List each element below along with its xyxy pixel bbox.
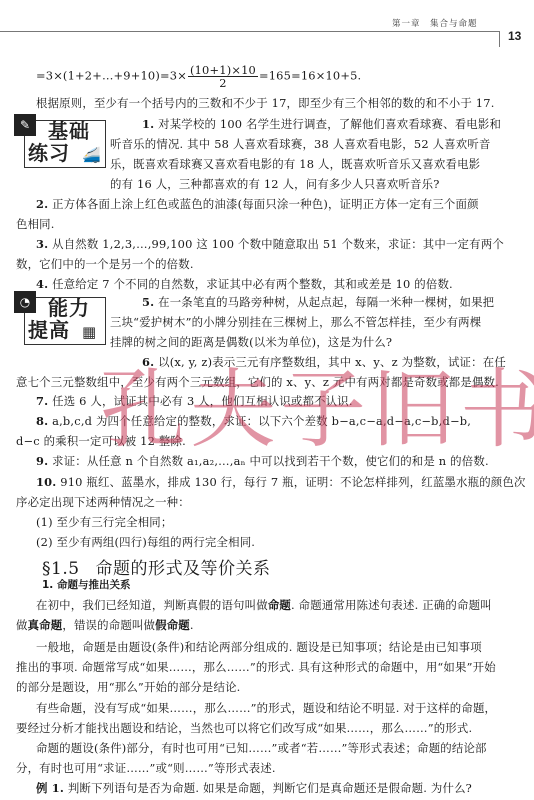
exercise-text: 正方体各面上涂上红色或蓝色的油漆(每面只涂一种色)，证明正方体一定有三个面颜 — [52, 197, 479, 211]
text: 在初中，我们已经知道，判断真假的语句叫做 — [36, 598, 268, 612]
paragraph-2-line-1: 一般地，命题是由题设(条件)和结论两部分组成的. 题设是已知事项；结论是由已知事… — [36, 640, 482, 654]
exercise-3-line-2: 数，它们中的一个是另一个的倍数. — [16, 257, 194, 271]
text: . — [190, 618, 194, 632]
subsection-heading: 1. 命题与推出关系 — [42, 577, 130, 592]
paragraph-2-line-2: 推出的事项. 命题常写成“如果……，那么……”的形式. 具有这种形式的命题中，用… — [16, 660, 496, 674]
exercise-2-line-2: 色相同. — [16, 217, 55, 231]
text: . 命题通常用陈述句表述. 正确的命题叫 — [291, 598, 492, 612]
train-icon: 🚄 — [82, 146, 101, 164]
exercise-5-line-2: 三块“爱护树木”的小牌分别挂在三棵树上，那么不管怎样挂，至少有两棵 — [110, 315, 481, 329]
header-divider — [499, 31, 500, 47]
exercise-text: a,b,c,d 为四个任意给定的整数，求证：以下六个差数 b−a,c−a,d−a… — [52, 414, 471, 428]
exercise-5: 5. 在一条笔直的马路旁种树，从起点起，每隔一米种一棵树，如果把 — [142, 295, 494, 309]
pencil-eraser-icon: ✎ — [14, 114, 36, 136]
term-proposition: 命题 — [268, 598, 291, 612]
paragraph-1-line-1: 在初中，我们已经知道，判断真假的语句叫做命题. 命题通常用陈述句表述. 正确的命… — [36, 598, 492, 612]
exercise-number: 1. — [142, 117, 154, 131]
paragraph-2-line-3: 的部分是题设，用“那么”开始的部分是结论. — [16, 680, 241, 694]
exercise-1-line-2: 听音乐的情况. 其中 58 人喜欢看球赛，38 人喜欢看电影，52 人喜欢听音 — [110, 137, 491, 151]
exercise-2: 2. 正方体各面上涂上红色或蓝色的油漆(每面只涂一种色)，证明正方体一定有三个面… — [36, 197, 479, 211]
formula-part2: =165=16×10+5. — [259, 69, 361, 83]
exercise-number: 4. — [36, 277, 48, 291]
exercise-text: 任意给定 7 个不同的自然数，求证其中必有两个整数，其和或差是 10 的倍数. — [52, 277, 453, 291]
exercise-number: 7. — [36, 394, 48, 408]
term-true-proposition: 真命题 — [28, 618, 63, 632]
exercise-6: 6. 以(x, y, z)表示三元有序整数组，其中 x、y、z 为整数，试证：在… — [142, 355, 506, 369]
case-2: (2) 至少有两组(四行)每组的两行完全相同. — [36, 535, 255, 549]
exercise-text: 求证：从任意 n 个自然数 a₁,a₂,…,aₙ 中可以找到若干个数，使它们的和… — [52, 454, 489, 468]
basic-practice-badge: ✎ 基础 练习 🚄 — [14, 114, 106, 168]
exercise-6-line-2: 意七个三元整数组中，至少有两个三元数组，它们的 x、y、z 元中有两对都是奇数或… — [16, 375, 499, 389]
formula-part1: =3×(1+2+…+9+10)=3× — [36, 69, 187, 83]
example-text: 判断下列语句是否为命题. 如果是命题，判断它们是真命题还是假命题. 为什么? — [68, 781, 472, 795]
exercise-text: 以(x, y, z)表示三元有序整数组，其中 x、y、z 为整数，试证：在任 — [158, 355, 506, 369]
formula-line: =3×(1+2+…+9+10)=3×(10+1)×102=165=16×10+5… — [36, 64, 361, 89]
term-false-proposition: 假命题 — [155, 618, 190, 632]
exercise-1-line-4: 的有 16 人，三种都喜欢的有 12 人，问有多少人只喜欢听音乐? — [110, 177, 440, 191]
exercise-text: 从自然数 1,2,3,…,99,100 这 100 个数中随意取出 51 个数来… — [52, 237, 504, 251]
exercise-10: 10. 910 瓶红、蓝墨水，排成 130 行，每行 7 瓶，证明：不论怎样排列… — [36, 475, 526, 489]
text: ，错误的命题叫做 — [62, 618, 155, 632]
paragraph-3-line-2: 要经过分析才能找出题设和结论，当然也可以将它们改写成“如果……，那么……”的形式… — [16, 721, 472, 735]
case-1: (1) 至少有三行完全相同； — [36, 515, 172, 529]
ability-improvement-badge: ◔ 能力 提高 ▦ — [14, 291, 106, 345]
exercise-1-line-3: 乐，既喜欢看球赛又喜欢看电影的有 18 人，既喜欢听音乐又喜欢看电影 — [110, 157, 480, 171]
exercise-text: 910 瓶红、蓝墨水，排成 130 行，每行 7 瓶，证明：不论怎样排列，红蓝墨… — [60, 475, 525, 489]
exercise-text: 任选 6 人，试证其中必有 3 人，他们互相认识或都不认识. — [52, 394, 353, 408]
calculator-icon: ▦ — [82, 323, 96, 341]
exercise-8: 8. a,b,c,d 为四个任意给定的整数，求证：以下六个差数 b−a,c−a,… — [36, 414, 471, 428]
badge-title-line1: 能力 — [48, 297, 90, 319]
exercise-number: 5. — [142, 295, 154, 309]
page-number: 13 — [508, 29, 521, 43]
gauge-icon: ◔ — [14, 291, 36, 313]
paragraph-4-line-2: 分，有时也可用“求证……”或“则……”等形式表述. — [16, 761, 276, 775]
conclusion-line: 根据原则，至少有一个括号内的三数和不少于 17，即至少有三个相邻的数的和不小于 … — [36, 96, 495, 110]
exercise-text: 在一条笔直的马路旁种树，从起点起，每隔一米种一棵树，如果把 — [158, 295, 494, 309]
paragraph-1-line-2: 做真命题，错误的命题叫做假命题. — [16, 618, 194, 632]
exercise-number: 2. — [36, 197, 48, 211]
exercise-7: 7. 任选 6 人，试证其中必有 3 人，他们互相认识或都不认识. — [36, 394, 353, 408]
text: 做 — [16, 618, 28, 632]
exercise-1: 1. 对某学校的 100 名学生进行调查，了解他们喜欢看球赛、看电影和 — [142, 117, 501, 131]
chapter-title: 第一章 集合与命题 — [392, 17, 478, 29]
paragraph-3-line-1: 有些命题，没有写成“如果……，那么……”的形式，题设和结论不明显. 对于这样的命… — [36, 701, 496, 715]
paragraph-4-line-1: 命题的题设(条件)部分，有时也可用“已知……”或者“若……”等形式表述；命题的结… — [36, 741, 487, 755]
fraction-denominator: 2 — [188, 77, 258, 89]
badge-title-line2: 提高 — [28, 319, 70, 341]
exercise-text: 对某学校的 100 名学生进行调查，了解他们喜欢看球赛、看电影和 — [158, 117, 501, 131]
badge-title-line1: 基础 — [48, 120, 90, 142]
section-heading: §1.5命题的形式及等价关系 — [42, 554, 271, 579]
header-rule — [0, 31, 500, 32]
exercise-number: 6. — [142, 355, 154, 369]
exercise-number: 3. — [36, 237, 48, 251]
exercise-9: 9. 求证：从任意 n 个自然数 a₁,a₂,…,aₙ 中可以找到若干个数，使它… — [36, 454, 489, 468]
section-title: 命题的形式及等价关系 — [96, 559, 271, 579]
example-1: 例 1. 判断下列语句是否为命题. 如果是命题，判断它们是真命题还是假命题. 为… — [36, 781, 472, 795]
exercise-4: 4. 任意给定 7 个不同的自然数，求证其中必有两个整数，其和或差是 10 的倍… — [36, 277, 453, 291]
exercise-8-line-2: d−c 的乘积一定可以被 12 整除. — [16, 434, 186, 448]
exercise-number: 10. — [36, 475, 56, 489]
section-number: §1.5 — [42, 559, 80, 579]
example-label: 例 1. — [36, 781, 64, 795]
badge-title-line2: 练习 — [28, 142, 70, 164]
exercise-number: 8. — [36, 414, 48, 428]
exercise-3: 3. 从自然数 1,2,3,…,99,100 这 100 个数中随意取出 51 … — [36, 237, 504, 251]
fraction: (10+1)×102 — [188, 64, 258, 89]
exercise-5-line-3: 挂牌的树之间的距离是偶数(以米为单位)，这是为什么? — [110, 335, 392, 349]
exercise-number: 9. — [36, 454, 48, 468]
exercise-10-line-2: 序必定出现下述两种情况之一种： — [16, 495, 190, 509]
